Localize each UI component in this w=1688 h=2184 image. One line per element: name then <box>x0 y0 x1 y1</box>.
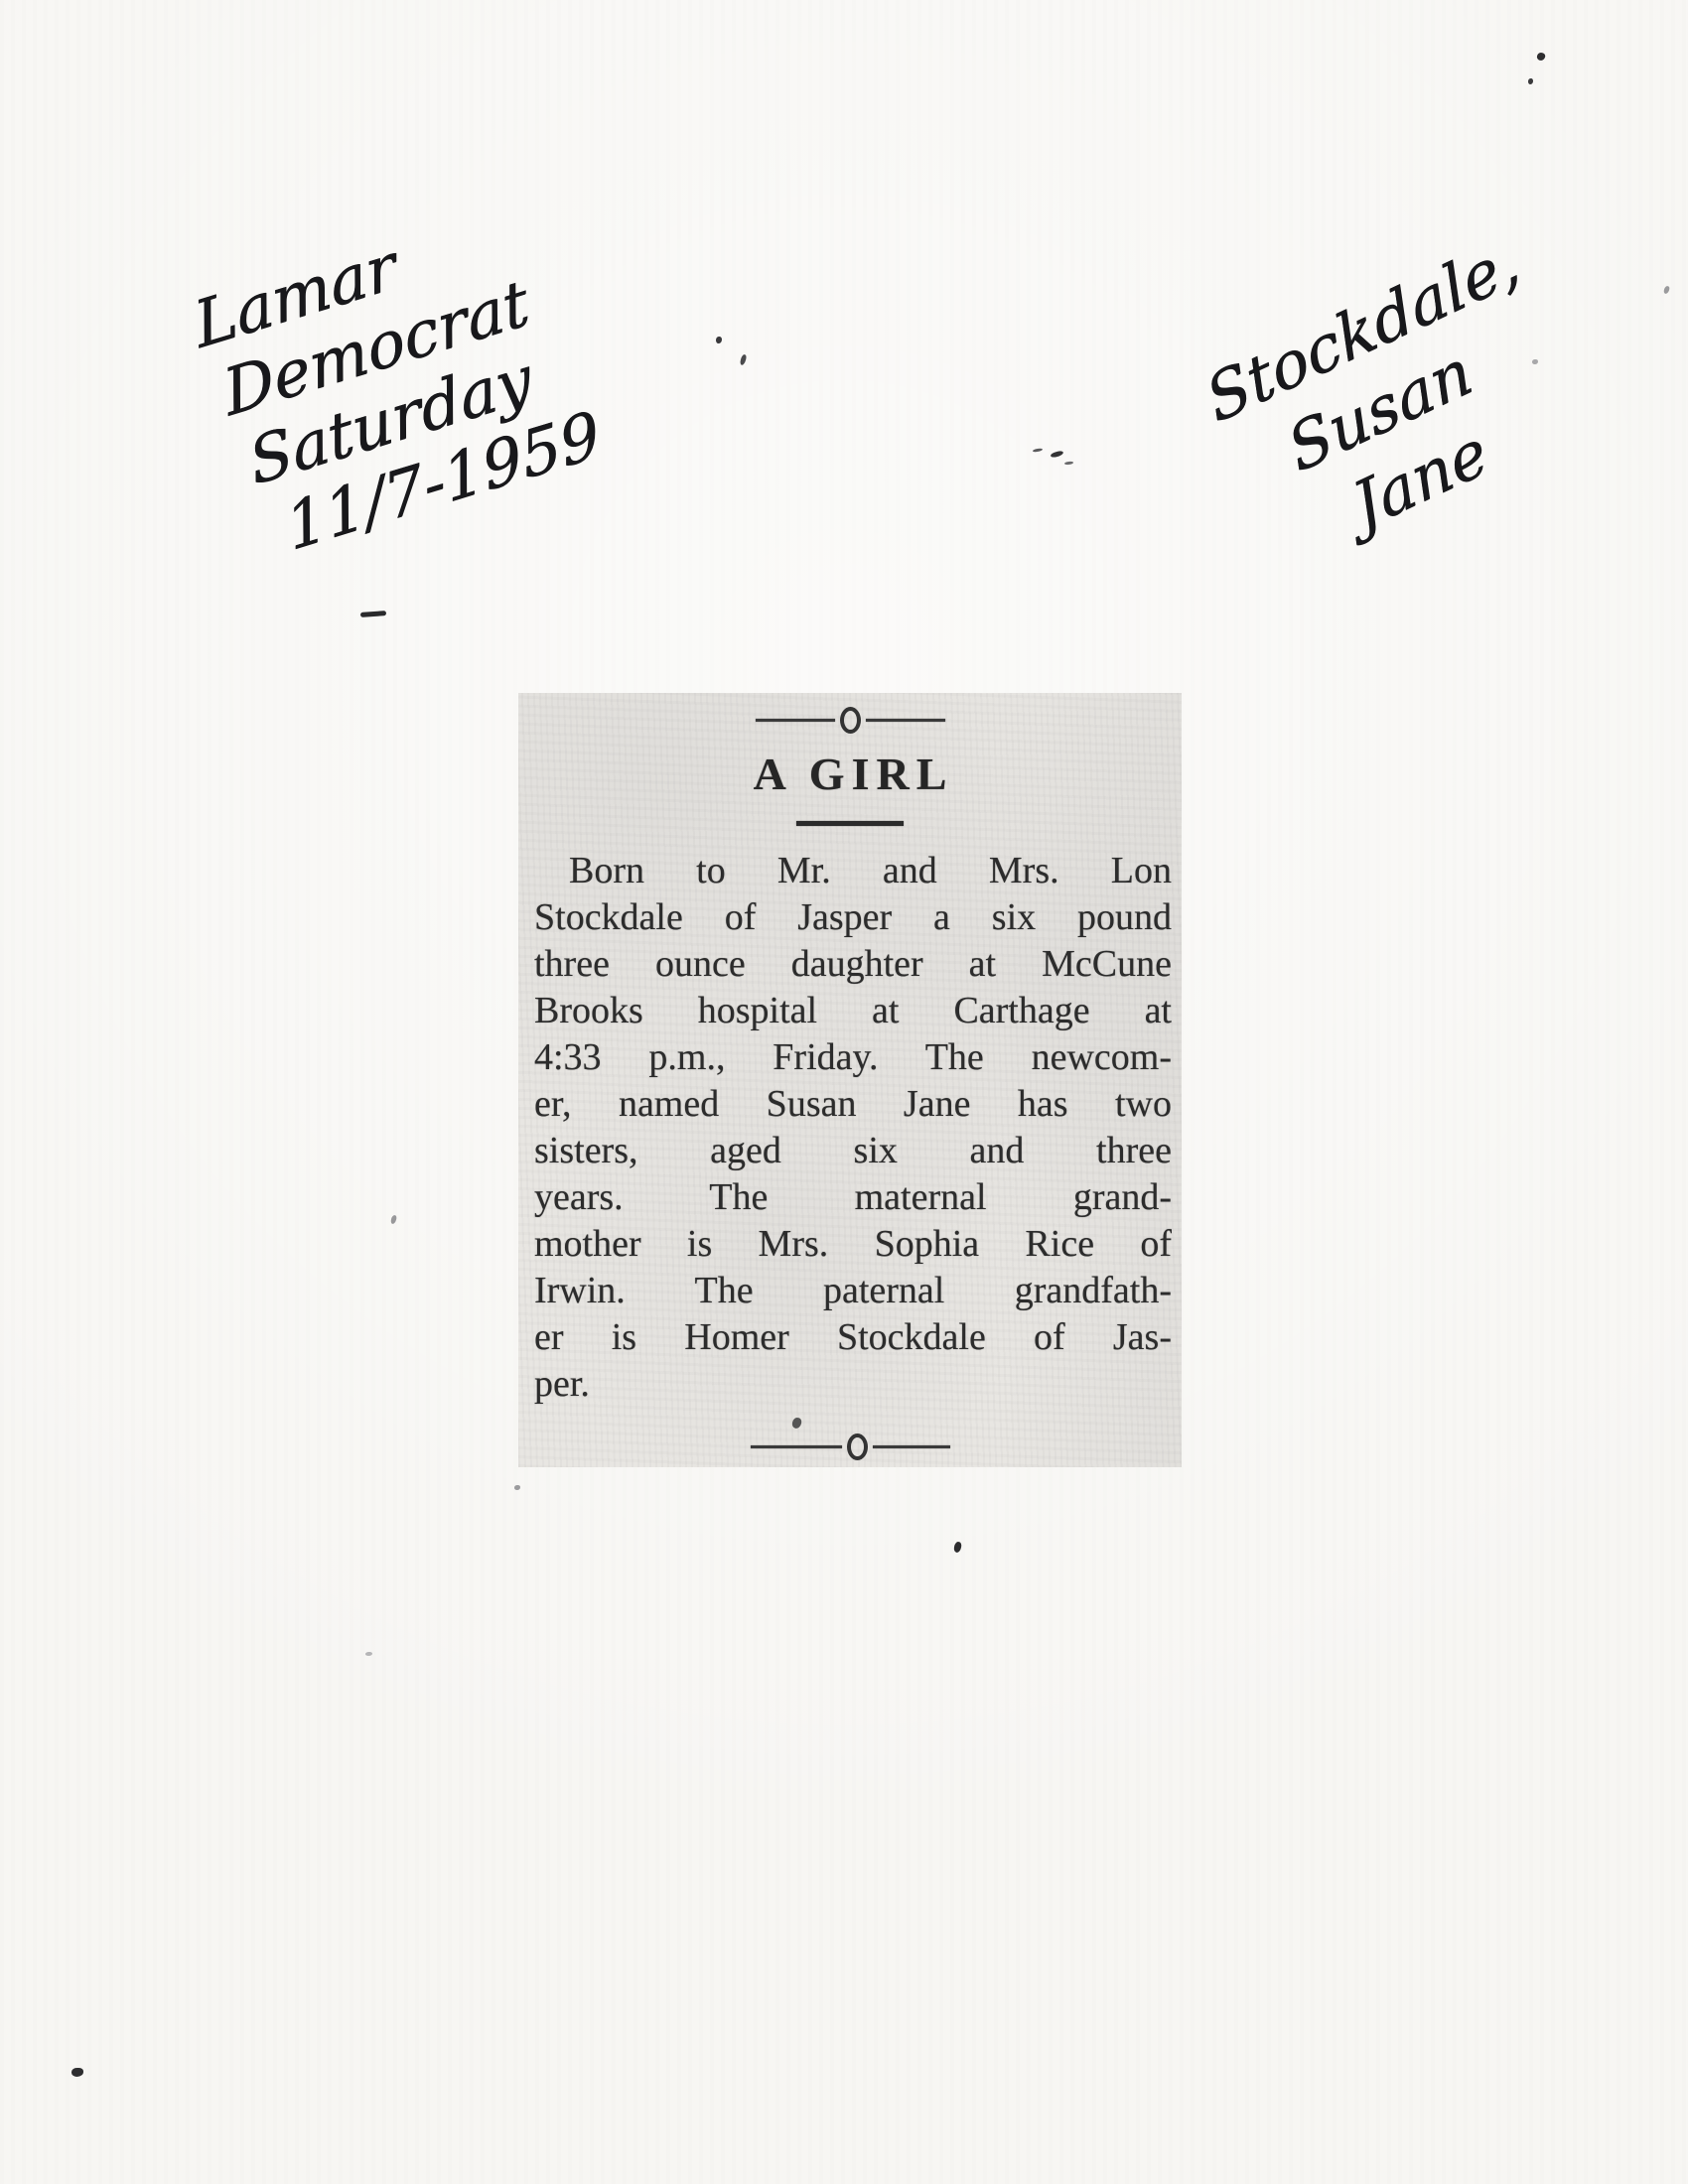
ink-speck <box>1033 448 1043 452</box>
scanned-page: Lamar Democrat Saturday 11/7-1959 Stockd… <box>0 0 1688 2184</box>
clipping-body-line: Stockdale of Jasper a six pound <box>534 894 1172 941</box>
clipping-body-line: Born to Mr. and Mrs. Lon <box>534 848 1172 894</box>
annotation-name-note: Stockdale, Susan Jane <box>1196 222 1581 592</box>
ink-speck <box>514 1485 520 1490</box>
ink-speck <box>791 1417 802 1430</box>
ornament-dash <box>756 719 835 722</box>
clipping-body-line: Brooks hospital at Carthage at <box>534 988 1172 1034</box>
ink-speck <box>71 2068 83 2077</box>
title-underline-rule <box>796 821 904 826</box>
ornament-ring-icon <box>847 1433 868 1460</box>
clipping-body-line: er, named Susan Jane has two <box>534 1081 1172 1128</box>
clipping-body-line: mother is Mrs. Sophia Rice of <box>534 1221 1172 1268</box>
ornament-dash <box>751 1445 842 1448</box>
clipping-body-line: years. The maternal grand- <box>534 1174 1172 1221</box>
ornament-dash <box>873 1445 950 1448</box>
newspaper-clipping: A GIRL Born to Mr. and Mrs. Lon Stockdal… <box>518 693 1182 1467</box>
ink-speck <box>953 1541 962 1553</box>
ornament-divider-top <box>518 707 1182 734</box>
ink-speck <box>740 354 748 366</box>
clipping-body-line: er is Homer Stockdale of Jas- <box>534 1314 1172 1361</box>
ink-speck <box>365 1652 372 1656</box>
clipping-body: Born to Mr. and Mrs. Lon Stockdale of Ja… <box>534 848 1172 1408</box>
clipping-body-line: Irwin. The paternal grandfath- <box>534 1268 1172 1314</box>
ink-speck <box>1663 285 1670 294</box>
clipping-body-line: per. <box>534 1361 1172 1408</box>
ink-speck <box>360 611 386 617</box>
ink-speck <box>1051 451 1064 459</box>
clipping-body-line: 4:33 p.m., Friday. The newcom- <box>534 1034 1172 1081</box>
ornament-dash <box>866 719 945 722</box>
ink-speck <box>1528 78 1533 84</box>
ornament-ring-icon <box>840 707 861 734</box>
clipping-body-line: sisters, aged six and three <box>534 1128 1172 1174</box>
ink-speck <box>1064 462 1073 466</box>
ink-speck <box>390 1215 397 1225</box>
clipping-title: A GIRL <box>518 750 1182 799</box>
clipping-body-line: three ounce daughter at McCune <box>534 941 1172 988</box>
annotation-source-note: Lamar Democrat Saturday 11/7-1959 <box>189 181 606 581</box>
ink-speck <box>716 337 722 343</box>
ink-speck <box>1536 52 1546 62</box>
ornament-divider-bottom <box>518 1433 1182 1460</box>
